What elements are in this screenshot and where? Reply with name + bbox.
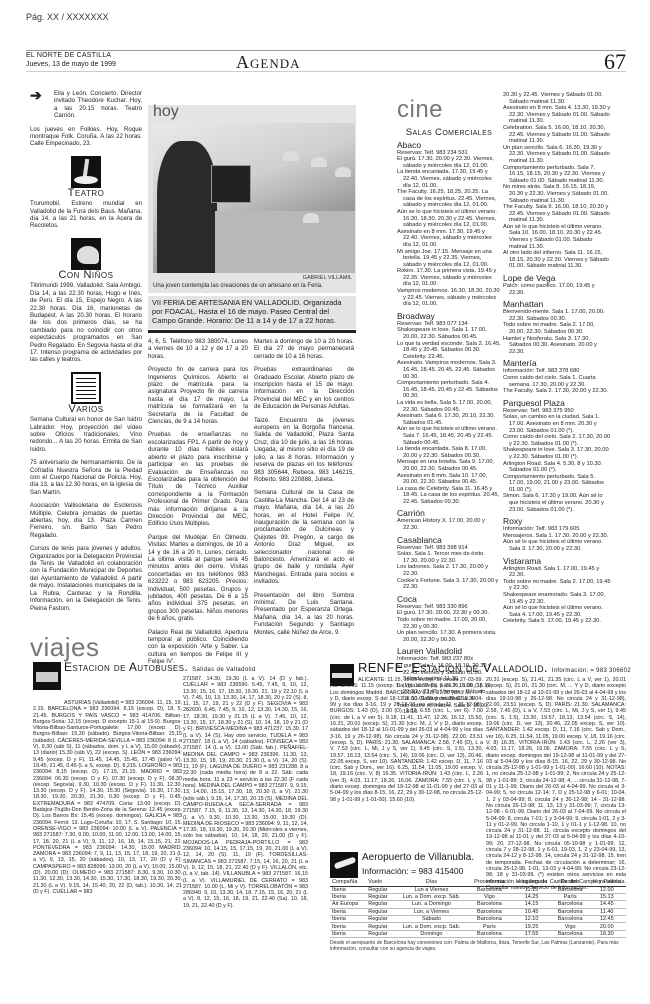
showtime-entry: Mensaje en una botella. Sala 9. 17.00, 2… <box>397 459 501 472</box>
table-cell: 11.15 <box>510 886 552 893</box>
showtime-entry: La casa de Celebrity. Sala 11. 16.45 y 1… <box>397 486 501 506</box>
section-divider <box>148 330 356 333</box>
table-row: Air EuropaRegularLun. a DomingoBarcelona… <box>330 901 626 908</box>
showtime-entry: Solas, un cambio en la ciudad. Sala 1. 1… <box>503 414 611 434</box>
intro-paragraph: Ella y León. Concierto. Director invitad… <box>30 90 142 120</box>
cinema-venue-name: Parquesol Plaza <box>503 398 611 408</box>
showtime-entry: Solas. Sala 1. Tercer mes de éxito. 17.3… <box>397 551 501 564</box>
table-cell: Regular <box>366 908 394 915</box>
train-schedule-text: 20.31 (excep. S), 21.41, 21.35 (circ. L … <box>486 677 626 891</box>
hoy-headline: VII FERIA DE ARTESANIA EN VALLADOLID. Or… <box>148 296 356 329</box>
showtime-entry: Patch: como pacifico. 17.00, 19.45 y 22.… <box>503 283 611 296</box>
cinema-venue-name: Carrión <box>397 508 501 518</box>
table-cell: Barcelona <box>553 886 588 893</box>
cinema-listings-column-a: Salas Comerciales AbacoReservas: Telf. 9… <box>397 130 501 716</box>
showtime-entry: Celebration. Sala 5. 16.00, 18.10, 20.30… <box>503 125 611 145</box>
showtime-entry: Asesinato. Vampiros modernos. Sala 3. 16… <box>397 360 501 380</box>
category-title-con-ninos: Con Niños <box>30 272 142 279</box>
table-cell: 18.30 <box>588 930 626 937</box>
table-cell: Iberia <box>330 930 366 937</box>
bus-station-title: Estacion de Autobuses. <box>64 660 188 674</box>
photo-credit: GABRIEL VILLAMIL <box>303 275 352 281</box>
table-cell: 20.00 <box>588 923 626 930</box>
hoy-column-a: 4, 6, 5. Teléfono 983 380074. Lunes a vi… <box>148 338 248 672</box>
showtime-entry: El gurú. 17.30, 20.00, 22.30 y 00.30. <box>397 610 501 617</box>
showtime-entry: Reservas: Telf. 983 234 531 <box>397 150 501 157</box>
showtime-entry: Simon. Sala 6. 17.30 y 19.00. Aún sé lo … <box>503 493 611 513</box>
showtime-entry: Como caído del cielo. Sala 1. Cuarta sem… <box>503 375 611 388</box>
column-header: Vuelo <box>366 879 394 886</box>
table-cell: Iberia <box>330 893 366 900</box>
table-cell: Regular <box>366 893 394 900</box>
showtime-entry: Un plan sencillo. Sala 6. 16.30, 19.30 y… <box>503 145 611 165</box>
showtime-entry: Comportamiento perturbado. Sala 5. 17.00… <box>503 474 611 494</box>
showtime-entry: Todo sobre mi madre. Sala 2. 17.00, 20.0… <box>503 322 611 335</box>
event-paragraph: Pruebas de enseñanzas no escolarizadas F… <box>148 431 248 527</box>
theater-stage-icon <box>71 156 101 188</box>
event-paragraph: Asociación Vallisoletana de Esclerosis M… <box>30 502 142 539</box>
table-cell: Regular <box>366 901 394 908</box>
showtime-entry: Aún se lo que hicisteis el último verano… <box>397 426 501 446</box>
cinema-venue-list: AbacoReservas: Telf. 983 234 531El gurú.… <box>397 140 501 716</box>
photo-display-case <box>211 165 251 203</box>
table-cell: Vigo <box>553 923 588 930</box>
table-cell: 14.15 <box>510 901 552 908</box>
showtime-entry: Asesinato en 8 mm. Sala 10. 17.00, 20.00… <box>397 473 501 486</box>
bus-icon <box>33 662 61 690</box>
showtime-entry: The Faculty. 16.25, 18.25, 20.25. La cas… <box>397 189 501 209</box>
table-cell: 10.45 <box>510 908 552 915</box>
train-schedule-column-a: ALICANTE: 11.15, 15.05 excep. S, circula… <box>330 677 483 809</box>
event-paragraph: 75 aniversario de hermanamiento. De la C… <box>30 459 142 496</box>
showtime-entry: La vida es bella. Sala 5. 17.00, 20.00, … <box>397 400 501 413</box>
table-cell: Barcelona <box>469 930 511 937</box>
showtime-entry: Comportamiento perturbado. Sala 7. 16.15… <box>503 165 611 185</box>
cinema-venue-name: Mantería <box>503 358 611 368</box>
train-station-phone: Información: = 983 306602 <box>552 668 631 674</box>
table-cell: Iberia <box>330 886 366 893</box>
bus-schedule-text: ASTURIAS (Valladolid) = 983 236094. 11, … <box>33 700 182 895</box>
showtime-entry: Información: Telf. 983 179 605 <box>503 526 611 533</box>
cinema-venue-name: Manhattan <box>503 299 611 309</box>
photo-mushroom <box>283 151 299 161</box>
table-row: IberiaRegularLun. a Dom. excp. Sáb.París… <box>330 923 626 930</box>
cinema-subtitle: Salas Comerciales <box>397 130 501 137</box>
cinema-venue-name: Roxy <box>503 516 611 526</box>
airport-title: Aeropuerto de Villanubla. <box>362 852 474 863</box>
showtime-entry: Un plan sencillo. 17.30. A primera vista… <box>397 630 501 643</box>
table-cell: Barcelona <box>469 916 511 923</box>
showtime-entry: Cookie's Fortune. Sala 3. 17.30, 20.00 y… <box>397 578 501 591</box>
table-cell: Barcelona <box>553 916 588 923</box>
table-row: IberiaRegularLun. a ViernesBarcelona10.4… <box>330 908 626 915</box>
section-title: Agenda <box>236 52 301 73</box>
cine-section-title: cine <box>397 96 443 124</box>
flights-footnote: Desde el aeropuerto de Barcelona hay con… <box>330 940 626 952</box>
table-header-row: Compañía Vuelo Días Procedencia Hora lle… <box>330 879 626 886</box>
table-cell: Barcelona <box>469 908 511 915</box>
hoy-column-b: Martes a domingo de 10 a 20 horas. El dí… <box>254 338 354 642</box>
cinema-venue-name: Vistarama <box>503 556 611 566</box>
showtime-entry: Bienvenido-mente. Sala 1. 17.00, 20.00, … <box>503 309 611 322</box>
table-cell: 12.10 <box>510 916 552 923</box>
event-paragraph: Semana Cultural de la Casa de Castilla-L… <box>254 489 354 585</box>
event-paragraph: Pruebas extraordinarias de Graduado Esco… <box>254 366 354 410</box>
photo-caption: Una joven contempla las creaciones de un… <box>153 283 323 289</box>
headline-title: VII FERIA DE ARTESANIA EN VALLADOLID. <box>152 298 301 307</box>
showtime-entry: Mensajeros. Sala 1. 17.30, 20.00 y 22.30… <box>503 533 611 540</box>
showtime-entry: Lo que la verdad esconde. Sala 2. 16.45,… <box>397 341 501 361</box>
cinema-venue-list: 20.30 y 22.45. Viernes y Sábado 01.00. S… <box>503 92 611 625</box>
table-row: IberiaRegularLun. a Dom. excp. Sáb.Vigo1… <box>330 893 626 900</box>
showtime-entry: Vampiros modernos. 16.30, 18.30, 20.30 y… <box>397 288 501 308</box>
column-header: Destino <box>553 879 588 886</box>
showtime-entry: Reservas: Telf. 983 077 134 <box>397 321 501 328</box>
table-cell: Vigo <box>469 893 511 900</box>
column-header: Hora llegada <box>510 879 552 886</box>
table-cell: Regular <box>366 930 394 937</box>
showtime-entry: Reservas: Telf. 983 398 914 <box>397 545 501 552</box>
table-cell: Air Europa <box>330 901 366 908</box>
showtime-entry: Shakespeare enamorado. Sala 3. 17.00, 19… <box>503 592 611 605</box>
photo-mushroom <box>303 213 319 223</box>
table-cell: Iberia <box>330 916 366 923</box>
viajes-section-title: viajes <box>30 632 99 663</box>
bus-schedule-column-b: 271587. 14.30, 19.30 (L a V). 14 (D y fa… <box>183 676 308 915</box>
table-cell: Lun. a Viernes <box>394 908 468 915</box>
showtime-entry: Rokiro. 17.30. La primera vista. 19.45 y… <box>397 268 501 288</box>
showtime-entry: El gurú. 17.30, 20.00 y 22.30. Viernes, … <box>397 156 501 169</box>
table-cell: 15.13 <box>588 893 626 900</box>
arrow-right-icon: ➔ <box>30 92 42 99</box>
newspaper-name: EL NORTE DE CASTILLA <box>26 52 111 59</box>
showtime-entry: Al otro lado del infierno. Sala 11. 16.1… <box>503 250 611 270</box>
cinema-venue-name: Lauren Valladolid <box>397 646 501 656</box>
table-cell: 12.45 <box>588 916 626 923</box>
left-column: ➔ Ella y León. Concierto. Director invit… <box>30 90 142 618</box>
event-paragraph: Presentación del libro 'Sombra mínima'. … <box>254 592 354 636</box>
showtime-entry: No mires atrás. Sala 8. 16.15, 18.15, 20… <box>503 184 611 204</box>
table-cell: 14.25 <box>510 893 552 900</box>
issue-date: Jueves, 13 de mayo de 1999 <box>26 61 116 68</box>
table-cell: Domingo <box>394 930 468 937</box>
train-station-heading: RENFE. Estacion de Valladolid.Informació… <box>358 660 631 675</box>
showtime-entry: Mi amigo Joe. 17.15. Mensaje en una bote… <box>397 249 501 269</box>
event-paragraph: Titirimundi 1999. Valladolid. Sala Ambig… <box>30 282 142 363</box>
showtime-entry: Aún sé lo que hicisteis el último verano… <box>503 539 611 552</box>
category-title-varios: Varios <box>30 406 142 413</box>
showtime-entry: Hamlet y Nosferatu. Sala 3. 17.30. Sábad… <box>503 336 611 356</box>
column-header: Compañía <box>330 879 366 886</box>
showtime-entry: Como caído del cielo. Sala 2. 17.30, 20.… <box>503 434 611 447</box>
event-paragraph: Taizé. Encuentro de jóvenes europeos en … <box>254 417 354 484</box>
table-cell: París <box>553 893 588 900</box>
showtime-entry: Todo sobre mi madre. 17.00, 20.00, 22.30… <box>397 617 501 630</box>
table-cell: Regular <box>366 886 394 893</box>
table-cell: 17.55 <box>510 930 552 937</box>
showtime-entry: La tienda encantada. 17.30, 19.45 y 22.4… <box>397 169 501 189</box>
column-header: Días <box>394 879 468 886</box>
showtime-entry: Shakespeare in love. Sala 3. 17.30, 20.0… <box>503 447 611 460</box>
table-cell: Regular <box>366 923 394 930</box>
table-cell: Iberia <box>330 923 366 930</box>
showtime-entry: American History X. 17.00, 20.00 y 22.30… <box>397 518 501 531</box>
showtime-entry: Todo sobre mi madre. Sala 2. 17.00, 19.4… <box>503 579 611 592</box>
column-header: Procedencia <box>469 879 511 886</box>
photo-mushroom <box>335 167 351 177</box>
showtime-entry: Aún se lo que hicisteis el último verano… <box>397 209 501 229</box>
category-title-teatro: Teatro <box>30 190 142 197</box>
table-cell: Barcelona <box>553 901 588 908</box>
table-cell: Regular <box>366 916 394 923</box>
table-row: IberiaRegularDomingoBarcelona17.55Barcel… <box>330 930 626 937</box>
event-paragraph: Trurumobil. Estreno mundial en Valladoli… <box>30 200 142 230</box>
table-cell: Barcelona <box>469 886 511 893</box>
table-cell: Sábado <box>394 916 468 923</box>
showtime-entry: Reservas: Telf. 983 375 950 <box>503 408 611 415</box>
bus-schedule-column-a: ASTURIAS (Valladolid) = 983 236094. 11, … <box>33 700 182 901</box>
photo-table <box>215 211 355 273</box>
table-cell: Barcelona <box>553 908 588 915</box>
cinema-venue-name: Casablanca <box>397 535 501 545</box>
event-paragraph: 4, 6, 5. Teléfono 983 380074. Lunes a vi… <box>148 338 248 360</box>
event-paragraph: Martes a domingo de 10 a 20 horas. El dí… <box>254 338 354 360</box>
cinema-venue-name: Abaco <box>397 140 501 150</box>
masthead: EL NORTE DE CASTILLA Jueves, 13 de mayo … <box>26 50 626 72</box>
cinema-venue-name: Coca <box>397 594 501 604</box>
table-row: IberiaRegularLun a ViernesBarcelona11.15… <box>330 886 626 893</box>
bus-station-subtitle: Salidas de Valladolid <box>192 667 256 673</box>
table-cell: 11.40 <box>588 908 626 915</box>
showtime-entry: Asesinato. Sala 6. 17.30, 20.10, 22.30. … <box>397 413 501 426</box>
flights-table: Compañía Vuelo Días Procedencia Hora lle… <box>330 879 626 938</box>
showtime-entry: Aún sé lo que hicisteis el último verano… <box>503 605 611 618</box>
airplane-icon <box>330 852 358 878</box>
showtime-entry: La tienda encantada. Sala 8. 17.00, 20.0… <box>397 446 501 459</box>
cinema-listings-column-b: 20.30 y 22.45. Viernes y Sábado 01.00. S… <box>503 92 611 625</box>
children-icon <box>71 238 101 270</box>
cinema-venue-name: Broadway <box>397 311 501 321</box>
showtime-entry: Asesinato en 8 mm. 17.30, 19.45 y 22.40.… <box>397 229 501 249</box>
showtime-entry: Arlington Road. Sala 1. 17.00, 19.45 y 2… <box>503 566 611 579</box>
showtime-entry: Comportamiento perturbado. Sala 4. 16.45… <box>397 380 501 400</box>
bus-station-heading: Estacion de Autobuses.Salidas de Vallado… <box>64 660 256 674</box>
table-cell: Iberia <box>330 908 366 915</box>
showtime-entry: The Faculty. Sala 2. 17.30, 20.00 y 22.3… <box>503 388 611 395</box>
intro-paragraph: Los jueves en Folkies. Hoy, Roque montra… <box>30 126 142 148</box>
table-cell: París <box>469 923 511 930</box>
table-cell: Barcelona <box>469 901 511 908</box>
bus-schedule-text: 271587. 14.30, 19.30 (L a V). 14 (D y fa… <box>183 676 308 909</box>
showtime-entry: Arlington Road. Sala 4. 5.30, 8 y 10.30.… <box>503 461 611 474</box>
train-station-title: RENFE. Estacion de Valladolid. <box>358 660 548 675</box>
train-schedule-text: ALICANTE: 11.15, 15.05 excep. S, circula… <box>330 677 483 803</box>
table-cell: 19.25 <box>510 923 552 930</box>
showtime-entry: Asesinato en 8 mm. Sala 4. 13.30, 19.30 … <box>503 105 611 125</box>
column-header: Hora salida <box>588 879 626 886</box>
showtime-entry: Aún sé lo que hicisteis el último verano… <box>503 224 611 250</box>
showtime-entry: Celebrity. Sala 5. 17.00, 19.45 y 22.30. <box>503 618 611 625</box>
event-paragraph: Semana Cultural en honor de San Isidro L… <box>30 416 142 453</box>
showtime-entry: Los ladrones. Sala 2. 17.30, 20.00 y 22.… <box>397 564 501 577</box>
feature-photo <box>153 123 355 273</box>
event-paragraph: Cursos de tenis para jóvenes y adultos. … <box>30 545 142 612</box>
table-cell: Lun. a Domingo <box>394 901 468 908</box>
event-paragraph: Parque del Mudéjar. En Olmedo. Visitas: … <box>148 534 248 623</box>
page-reference: Pág. XX / XXXXXXX <box>26 12 109 22</box>
showtime-entry: Shakespeare in love. Sala 1. 17.00, 20.0… <box>397 327 501 340</box>
table-cell: Lun. a Dom. excp. Sáb. <box>394 893 468 900</box>
cinema-venue-name: Lope de Vega <box>503 273 611 283</box>
showtime-entry: The Faculty. Sala 9. 16.00, 18.10, 20.30… <box>503 204 611 224</box>
table-cell: Barcelona <box>553 930 588 937</box>
showtime-entry: Información: Telf. 983 378 680 <box>503 368 611 375</box>
table-cell: 12.00 <box>588 886 626 893</box>
hoy-feature: hoy GABRIEL VILLAMIL Una joven contempla… <box>148 105 356 293</box>
photo-mushroom <box>311 157 327 167</box>
table-cell: 14.45 <box>588 901 626 908</box>
airport-phone: Información: = 983 415400 <box>362 866 463 876</box>
table-row: IberiaRegularSábadoBarcelona12.10Barcelo… <box>330 916 626 923</box>
photo-person <box>157 141 217 273</box>
train-schedule-column-b: 20.31 (excep. S), 21.41, 21.35 (circ. L … <box>486 677 626 897</box>
showtime-entry: Reservas: Telf. 983 330 896 <box>397 604 501 611</box>
page-number: 67 <box>604 49 626 75</box>
calendar-icon <box>71 372 101 404</box>
flights-table-body: IberiaRegularLun a ViernesBarcelona11.15… <box>330 886 626 938</box>
hoy-label: hoy <box>153 103 179 121</box>
table-cell: Lun. a Dom. excp. Sáb. <box>394 923 468 930</box>
event-paragraph: Proyecto fin de carrera para los Ingenie… <box>148 366 248 425</box>
table-cell: Lun a Viernes <box>394 886 468 893</box>
showtime-entry: 20.30 y 22.45. Viernes y Sábado 01.00. S… <box>503 92 611 105</box>
